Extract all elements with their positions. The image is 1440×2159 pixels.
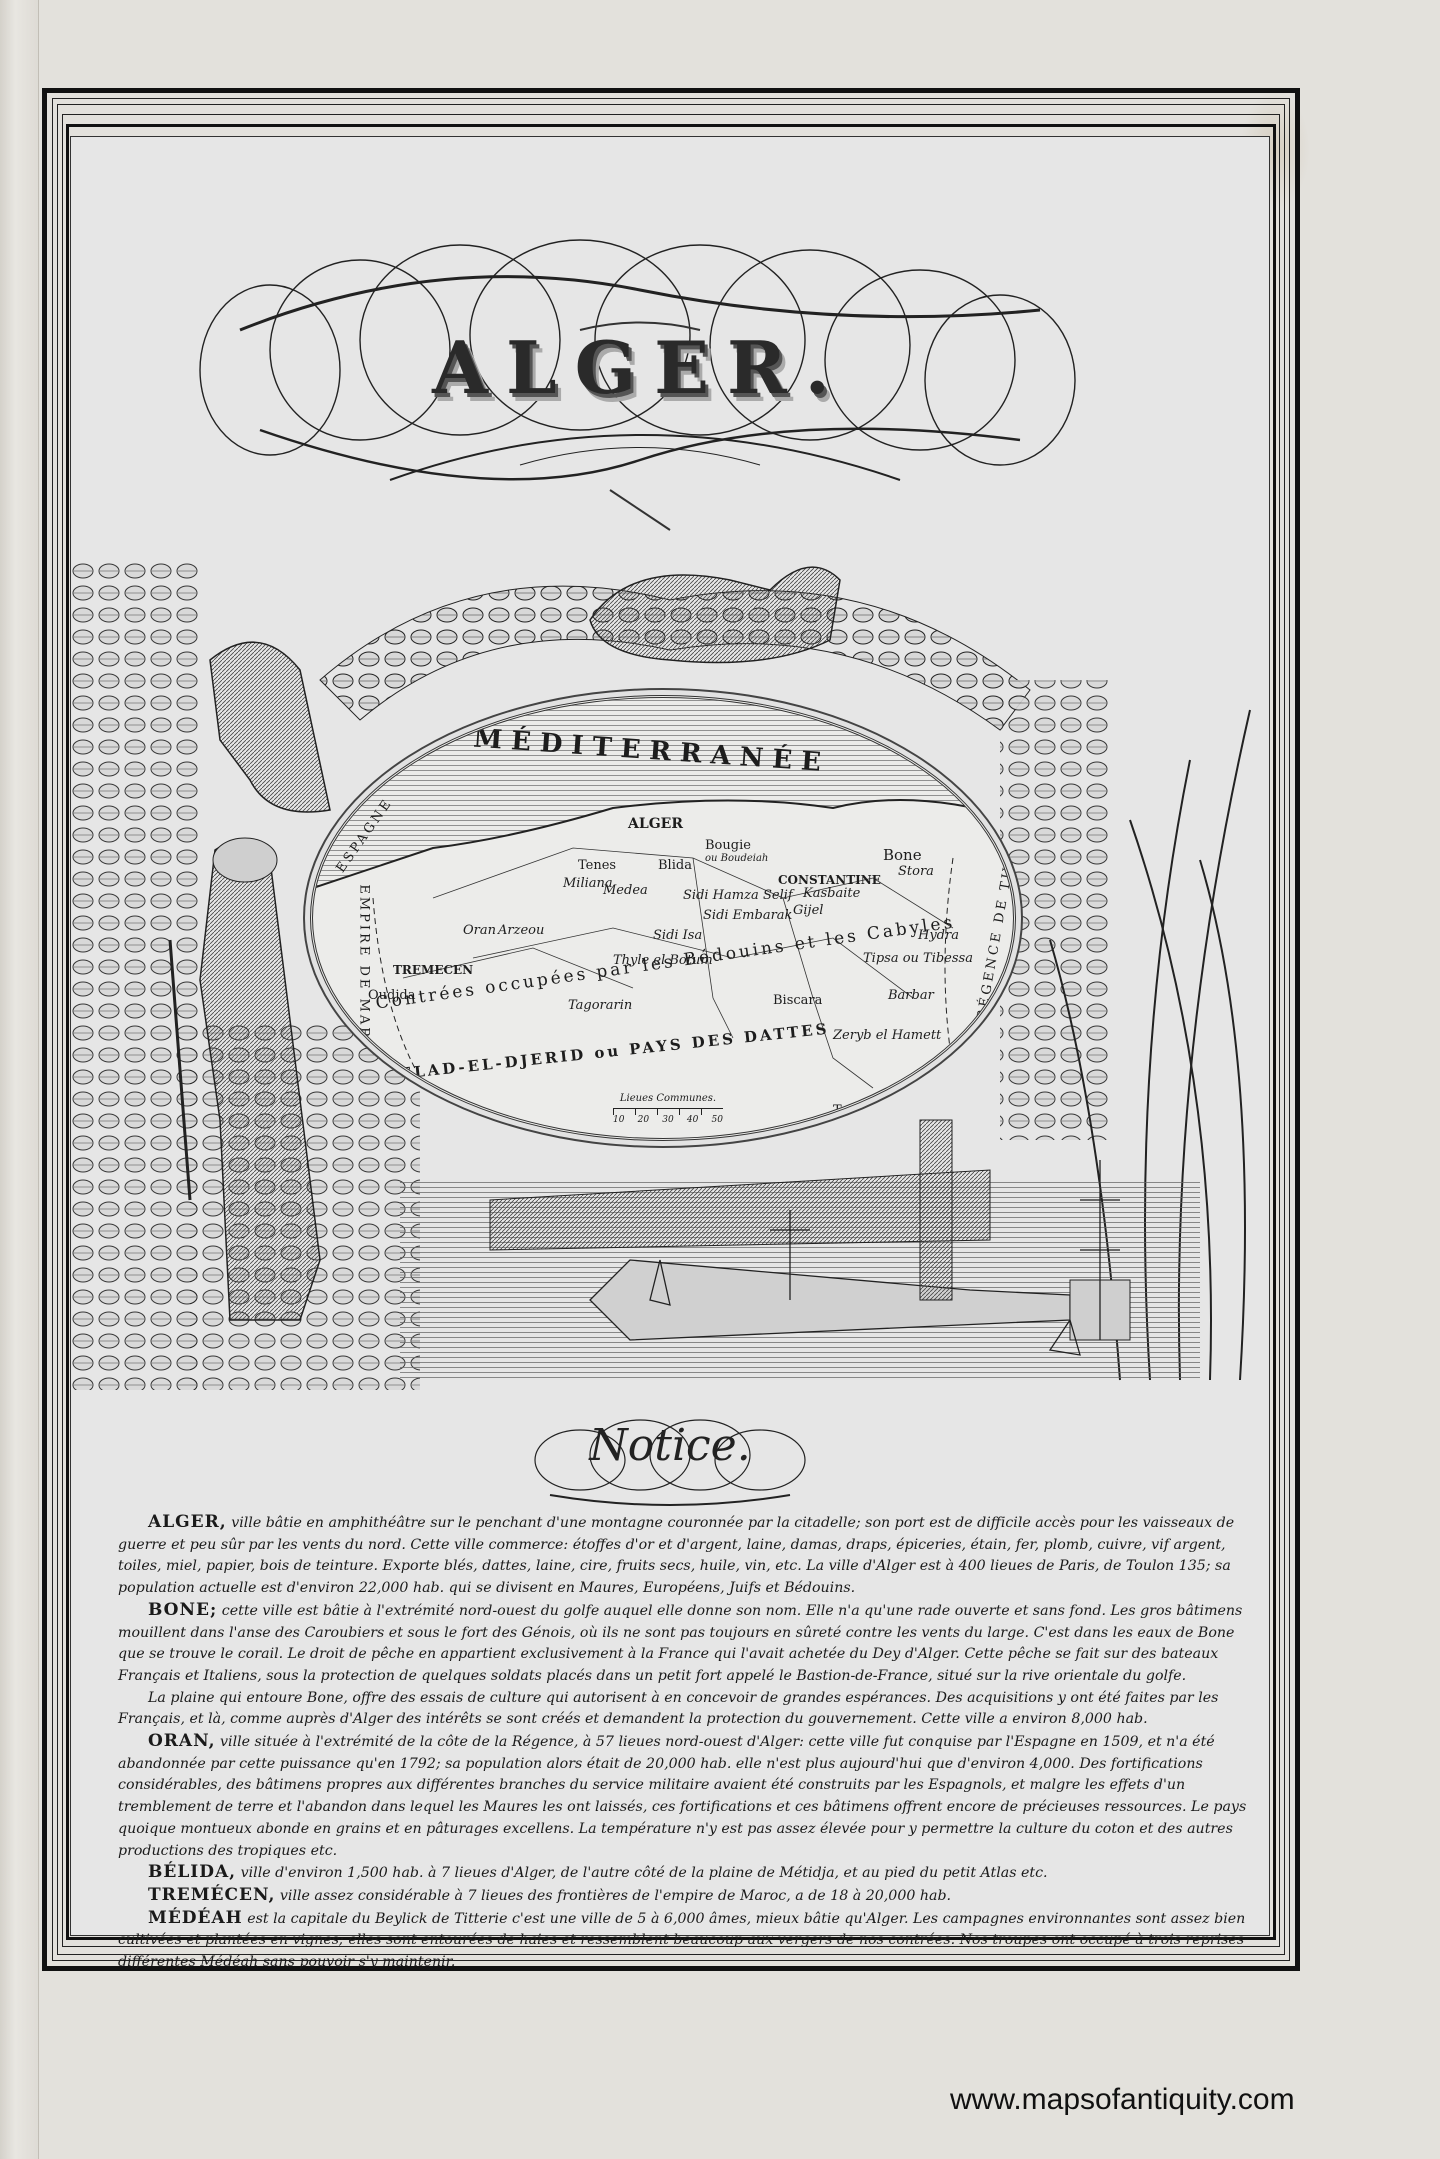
- scale-ruler: [613, 1108, 723, 1115]
- town-oudjda: Oudjda: [368, 988, 415, 1003]
- town-kasbaite: Kasbaite: [803, 886, 860, 901]
- notice-alger-name: ALGER,: [148, 1512, 227, 1532]
- town-blida: Blida: [658, 858, 692, 873]
- town-oran: Oran: [463, 923, 496, 938]
- notice-heading: Notice.: [560, 1420, 780, 1471]
- watermark-url: www.mapsofantiquity.com: [950, 2083, 1295, 2117]
- town-alger: ALGER: [628, 816, 683, 832]
- town-boudeiah: ou Boudeiah: [705, 853, 768, 864]
- town-bone: Bone: [883, 846, 922, 864]
- notice-alger-text: ville bâtie en amphithéâtre sur le pench…: [118, 1515, 1234, 1596]
- scale-bar: Lieues Communes. 10 20 30 40 50: [613, 1093, 723, 1125]
- town-arzeou: Arzeou: [498, 923, 544, 938]
- notice-oran-text: ville située à l'extrémité de la côte de…: [118, 1734, 1246, 1859]
- town-sidi-embarak: Sidi Embarak: [703, 908, 792, 923]
- map-title: ALGER.: [140, 325, 1140, 410]
- region-morocco: EMPIRE DE MAROC: [357, 884, 372, 1066]
- scale-tick: 20: [638, 1115, 649, 1125]
- town-thyle: Thyle el Botum: [613, 953, 713, 968]
- town-bougie: Bougie: [705, 838, 751, 853]
- scale-tick: 40: [687, 1115, 698, 1125]
- left-foliage: [70, 560, 200, 1390]
- town-stora: Stora: [898, 864, 934, 879]
- town-tenes: Tenes: [578, 858, 616, 873]
- town-medea: Medea: [603, 883, 648, 898]
- scale-tick: 30: [662, 1115, 673, 1125]
- book-gutter: [0, 0, 39, 2159]
- notice-tremecen-text: ville assez considérable à 7 lieues des …: [280, 1888, 951, 1904]
- town-tipsa: Tipsa ou Tibessa: [863, 951, 973, 966]
- town-biscara: Biscara: [773, 993, 822, 1008]
- town-constantine: CONSTANTINE: [778, 873, 881, 887]
- town-selif: Selif: [763, 888, 793, 903]
- town-tozer: Tozer: [923, 1068, 959, 1083]
- notice-oran-name: ORAN,: [148, 1731, 216, 1751]
- map-of-algeria: MÉDITERRANÉE ESPAGNE EMPIRE DE MAROC RÉG…: [310, 695, 1016, 1141]
- notice-alger: ALGER, ville bâtie en amphithéâtre sur l…: [118, 1512, 1258, 1600]
- notice-medeah-name: MÉDÉAH: [148, 1908, 243, 1928]
- scale-tick: 10: [613, 1115, 624, 1125]
- town-hydra: Hydra: [918, 928, 959, 943]
- title-cartouche: ALGER.: [140, 230, 1140, 530]
- notice-bone: BONE; cette ville est bâtie à l'extrémit…: [118, 1600, 1258, 1688]
- notice-text: ALGER, ville bâtie en amphithéâtre sur l…: [118, 1512, 1258, 1974]
- town-sidi-hamza: Sidi Hamza: [683, 888, 759, 903]
- illustrated-vignette: MÉDITERRANÉE ESPAGNE EMPIRE DE MAROC RÉG…: [70, 560, 1270, 1390]
- notice-tremecen-name: TREMÉCEN,: [148, 1885, 275, 1905]
- notice-tremecen: TREMÉCEN, ville assez considérable à 7 l…: [118, 1885, 1258, 1908]
- town-barbar: Barbar: [888, 988, 934, 1003]
- town-tremecen: TREMECEN: [393, 963, 473, 977]
- notice-bone-2: La plaine qui entoure Bone, offre des es…: [118, 1688, 1258, 1731]
- notice-bone-name: BONE;: [148, 1600, 217, 1620]
- scale-label: Lieues Communes.: [613, 1093, 723, 1104]
- town-gijel: Gijel: [793, 903, 823, 918]
- notice-belida-name: BÉLIDA,: [148, 1862, 236, 1882]
- town-zeryb: Zeryb el Hamett: [833, 1028, 941, 1043]
- notice-belida-text: ville d'environ 1,500 hab. à 7 lieues d'…: [241, 1865, 1048, 1881]
- town-tuggurt: Tuggurt: [833, 1103, 887, 1118]
- scale-tick: 50: [712, 1115, 723, 1125]
- notice-belida: BÉLIDA, ville d'environ 1,500 hab. à 7 l…: [118, 1862, 1258, 1885]
- notice-medeah: MÉDÉAH est la capitale du Beylick de Tit…: [118, 1908, 1258, 1974]
- town-sidi-isa: Sidi Isa: [653, 928, 702, 943]
- notice-oran: ORAN, ville située à l'extrémité de la c…: [118, 1731, 1258, 1862]
- town-tagorarin: Tagorarin: [568, 998, 632, 1013]
- notice-bone-text: cette ville est bâtie à l'extrémité nord…: [118, 1603, 1242, 1684]
- notice-medeah-text: est la capitale du Beylick de Titterie c…: [118, 1911, 1245, 1970]
